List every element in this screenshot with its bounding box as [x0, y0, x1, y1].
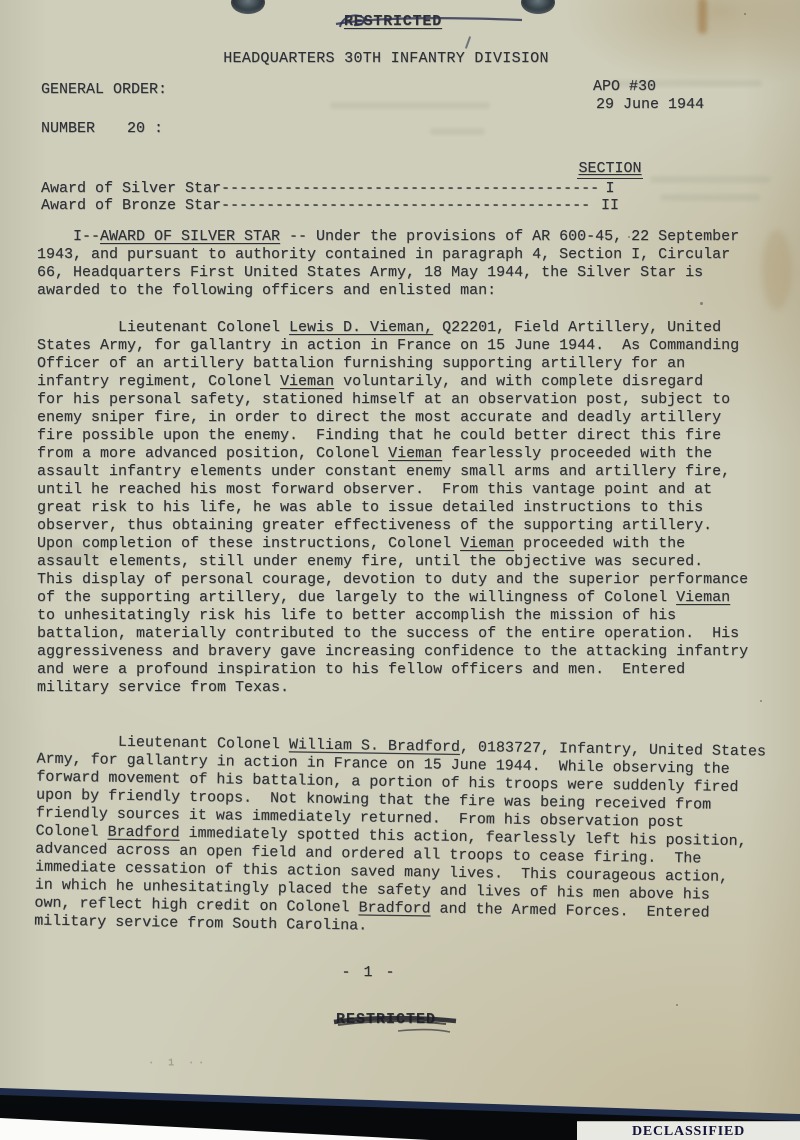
apo-number: APO #30 [593, 78, 704, 96]
typed-line: for his personal safety, stationed himse… [37, 391, 777, 409]
typed-line: 66, Headquarters First United States Arm… [37, 264, 777, 282]
typed-line: infantry regiment, Colonel Vieman volunt… [37, 373, 777, 391]
order-number-line: NUMBER20 : [41, 120, 163, 137]
index-row-section-numeral: II [577, 198, 643, 215]
section-index: Award of Silver Star--------------------… [41, 181, 599, 214]
typed-line: assault infantry elements under constant… [37, 463, 777, 481]
punch-hole-icon [231, 0, 265, 14]
typed-line: fire possible upon the enemy. Finding th… [37, 427, 777, 445]
typed-line: States Army, for gallantry in action in … [37, 337, 777, 355]
headquarters-title: HEADQUARTERS 30TH INFANTRY DIVISION [0, 50, 772, 67]
index-row-label: Award of Bronze Star--------------------… [41, 197, 590, 214]
index-row-label: Award of Silver Star--------------------… [41, 180, 599, 197]
typed-line: 1943, and pursuant to authority containe… [37, 246, 777, 264]
number-value: 20 : [127, 120, 163, 137]
index-row: Award of Bronze Star--------------------… [41, 198, 599, 215]
speck [676, 1004, 678, 1006]
typed-line: military service from Texas. [37, 679, 777, 697]
typed-line: Officer of an artillery battalion furnis… [37, 355, 777, 373]
pen-mark [465, 36, 471, 49]
typed-line: Upon completion of these instructions, C… [37, 535, 777, 553]
general-order-label: GENERAL ORDER: [41, 81, 167, 98]
typed-line: from a more advanced position, Colonel V… [37, 445, 777, 463]
bleed-through-text [330, 102, 490, 109]
paragraph: Lieutenant Colonel William S. Bradford, … [34, 733, 777, 942]
number-label: NUMBER [41, 120, 95, 137]
typed-line: of the supporting artillery, due largely… [37, 589, 777, 607]
typed-line: enemy sniper fire, in order to direct th… [37, 409, 777, 427]
index-row: Award of Silver Star--------------------… [41, 181, 599, 198]
apo-block: APO #30 29 June 1944 [593, 78, 704, 113]
bleed-through-text [650, 176, 770, 183]
restricted-stamp-top-label: RESTRICTED [344, 13, 442, 30]
page-number: - 1 - [0, 964, 738, 981]
typed-line: This display of personal courage, devoti… [37, 571, 777, 589]
section-column-header: SECTION [577, 160, 643, 179]
typed-line: Lieutenant Colonel Lewis D. Vieman, Q222… [37, 319, 777, 337]
bleed-through-text [430, 128, 485, 135]
punch-hole-icon [521, 0, 555, 14]
document-page: · 1 ·· RESTRICTED HEADQUARTERS 30TH INFA… [0, 0, 800, 1140]
order-date: 29 June 1944 [596, 96, 704, 114]
typed-line: to unhesitatingly risk his life to bette… [37, 607, 777, 625]
scanned-document: · 1 ·· RESTRICTED HEADQUARTERS 30TH INFA… [0, 0, 800, 1140]
restricted-stamp-top: RESTRICTED [0, 13, 786, 30]
declassified-stamp: DECLASSIFIED [577, 1121, 800, 1140]
typed-line: observer, thus obtaining greater effecti… [37, 517, 777, 535]
typed-line: aggressiveness and bravery gave increasi… [37, 643, 777, 661]
order-body: I--AWARD OF SILVER STAR -- Under the pro… [37, 228, 777, 931]
typed-line: battalion, materially contributed to the… [37, 625, 777, 643]
restricted-stamp-bottom: RESTRICTED [336, 1011, 436, 1028]
paragraph: I--AWARD OF SILVER STAR -- Under the pro… [37, 228, 777, 300]
typed-line: assault elements, still under enemy fire… [37, 553, 777, 571]
pencil-mark: · 1 ·· [148, 1058, 208, 1069]
typed-line: I--AWARD OF SILVER STAR -- Under the pro… [37, 228, 777, 246]
paragraph: Lieutenant Colonel Lewis D. Vieman, Q222… [37, 319, 777, 697]
typed-line: and were a profound inspiration to his f… [37, 661, 777, 679]
typed-line: until he reached his most forward observ… [37, 481, 777, 499]
typed-line: great risk to his life, he was able to i… [37, 499, 777, 517]
bleed-through-text [660, 194, 760, 201]
index-row-section-numeral: I [577, 181, 643, 198]
typed-line: awarded to the following officers and en… [37, 282, 777, 300]
restricted-stamp-bottom-label: RESTRICTED [336, 1011, 436, 1028]
